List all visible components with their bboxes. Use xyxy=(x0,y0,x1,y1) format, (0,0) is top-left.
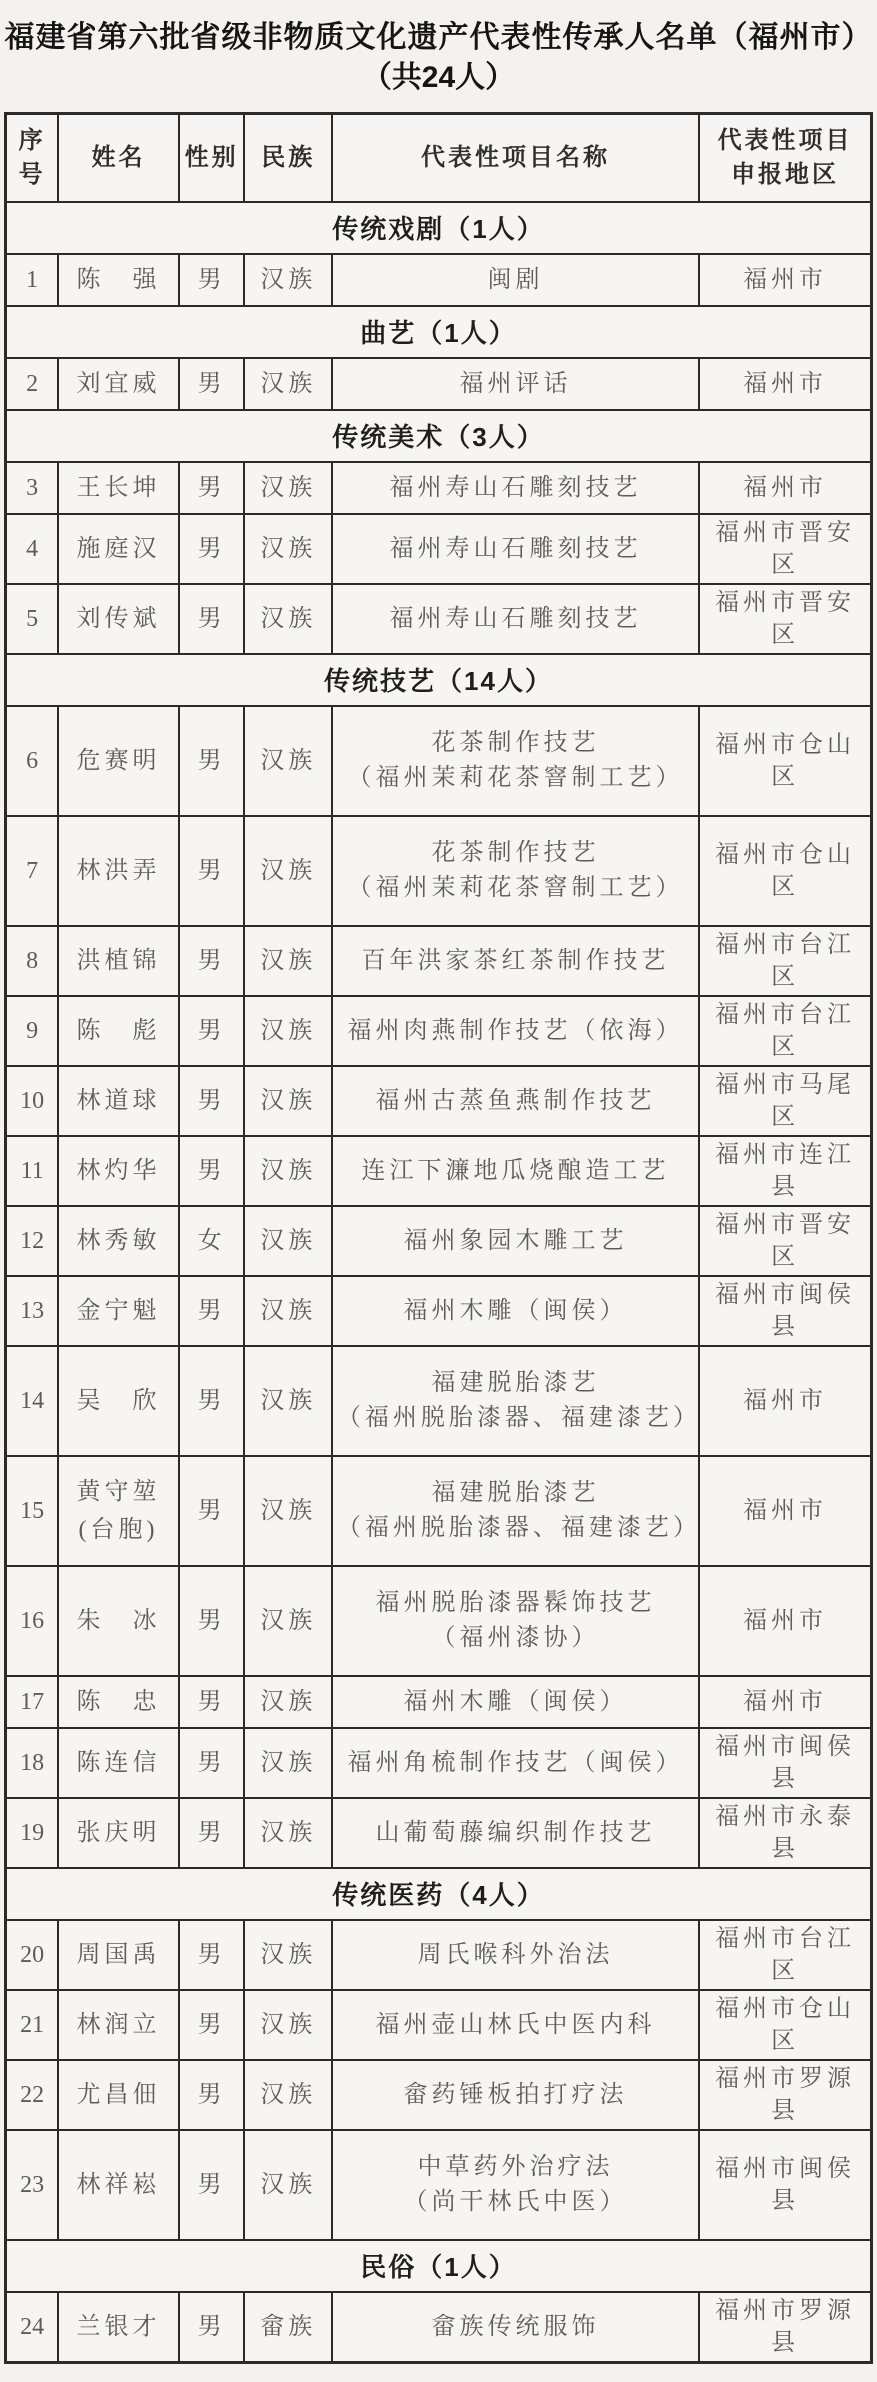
cell-project: 福州木雕（闽侯） xyxy=(332,1676,699,1728)
section-row: 传统技艺（14人） xyxy=(6,654,872,706)
cell-name: 尤昌佃 xyxy=(58,2060,178,2130)
cell-region: 福州市马尾区 xyxy=(699,1066,871,1136)
table-row: 4施庭汉男汉族福州寿山石雕刻技艺福州市晋安区 xyxy=(6,514,872,584)
cell-gender: 男 xyxy=(179,462,245,514)
cell-region: 福州市仓山区 xyxy=(699,1990,871,2060)
cell-ethnic: 汉族 xyxy=(244,1346,331,1456)
cell-ethnic: 汉族 xyxy=(244,514,331,584)
cell-ethnic: 汉族 xyxy=(244,1676,331,1728)
section-row: 传统医药（4人） xyxy=(6,1868,872,1920)
cell-ethnic: 汉族 xyxy=(244,1206,331,1276)
cell-gender: 男 xyxy=(179,2060,245,2130)
page-title: 福建省第六批省级非物质文化遗产代表性传承人名单（福州市） （共24人） xyxy=(4,18,873,98)
cell-no: 12 xyxy=(6,1206,59,1276)
cell-project: 福州壶山林氏中医内科 xyxy=(332,1990,699,2060)
cell-gender: 男 xyxy=(179,1798,245,1868)
cell-gender: 男 xyxy=(179,1676,245,1728)
cell-gender: 男 xyxy=(179,1566,245,1676)
table-row: 24兰银才男畲族畲族传统服饰福州市罗源县 xyxy=(6,2292,872,2363)
table-row: 16朱 冰男汉族福州脱胎漆器髹饰技艺（福州漆协）福州市 xyxy=(6,1566,872,1676)
cell-project: 福州象园木雕工艺 xyxy=(332,1206,699,1276)
cell-ethnic: 汉族 xyxy=(244,706,331,816)
cell-no: 5 xyxy=(6,584,59,654)
cell-region: 福州市 xyxy=(699,1456,871,1566)
cell-ethnic: 汉族 xyxy=(244,1798,331,1868)
table-row: 13金宁魁男汉族福州木雕（闽侯）福州市闽侯县 xyxy=(6,1276,872,1346)
cell-name: 林润立 xyxy=(58,1990,178,2060)
cell-project: 福州肉燕制作技艺（依海） xyxy=(332,996,699,1066)
cell-ethnic: 汉族 xyxy=(244,584,331,654)
cell-gender: 男 xyxy=(179,1346,245,1456)
cell-project: 连江下濂地瓜烧酿造工艺 xyxy=(332,1136,699,1206)
cell-project: 福建脱胎漆艺（福州脱胎漆器、福建漆艺） xyxy=(332,1346,699,1456)
cell-name: 金宁魁 xyxy=(58,1276,178,1346)
table-row: 18陈连信男汉族福州角梳制作技艺（闽侯）福州市闽侯县 xyxy=(6,1728,872,1798)
cell-project: 福州古蒸鱼燕制作技艺 xyxy=(332,1066,699,1136)
cell-region: 福州市闽侯县 xyxy=(699,2130,871,2240)
cell-name: 陈 忠 xyxy=(58,1676,178,1728)
table-row: 12林秀敏女汉族福州象园木雕工艺福州市晋安区 xyxy=(6,1206,872,1276)
table-row: 2刘宜威男汉族福州评话福州市 xyxy=(6,358,872,410)
page-title-line2: （共24人） xyxy=(4,58,873,98)
cell-name: 张庆明 xyxy=(58,1798,178,1868)
table-row: 8洪植锦男汉族百年洪家茶红茶制作技艺福州市台江区 xyxy=(6,926,872,996)
cell-no: 1 xyxy=(6,254,59,306)
cell-name: 林洪弄 xyxy=(58,816,178,926)
cell-gender: 男 xyxy=(179,1066,245,1136)
cell-name: 林秀敏 xyxy=(58,1206,178,1276)
cell-region: 福州市罗源县 xyxy=(699,2292,871,2363)
cell-gender: 女 xyxy=(179,1206,245,1276)
cell-project: 福州寿山石雕刻技艺 xyxy=(332,584,699,654)
cell-no: 10 xyxy=(6,1066,59,1136)
cell-name: 林祥崧 xyxy=(58,2130,178,2240)
cell-ethnic: 汉族 xyxy=(244,1136,331,1206)
cell-no: 24 xyxy=(6,2292,59,2363)
cell-project: 花茶制作技艺（福州茉莉花茶窨制工艺） xyxy=(332,816,699,926)
cell-no: 11 xyxy=(6,1136,59,1206)
cell-no: 21 xyxy=(6,1990,59,2060)
table-row: 14吴 欣男汉族福建脱胎漆艺（福州脱胎漆器、福建漆艺）福州市 xyxy=(6,1346,872,1456)
cell-name: 刘宜威 xyxy=(58,358,178,410)
cell-gender: 男 xyxy=(179,2292,245,2363)
cell-no: 4 xyxy=(6,514,59,584)
cell-ethnic: 汉族 xyxy=(244,926,331,996)
cell-no: 3 xyxy=(6,462,59,514)
section-row: 民俗（1人） xyxy=(6,2240,872,2292)
cell-gender: 男 xyxy=(179,1136,245,1206)
cell-project: 福州寿山石雕刻技艺 xyxy=(332,514,699,584)
cell-no: 9 xyxy=(6,996,59,1066)
cell-no: 15 xyxy=(6,1456,59,1566)
table-row: 23林祥崧男汉族中草药外治疗法（尚干林氏中医）福州市闽侯县 xyxy=(6,2130,872,2240)
cell-project: 花茶制作技艺（福州茉莉花茶窨制工艺） xyxy=(332,706,699,816)
cell-name: 危赛明 xyxy=(58,706,178,816)
cell-name: 陈连信 xyxy=(58,1728,178,1798)
column-header-ethnic: 民族 xyxy=(244,114,331,202)
cell-ethnic: 汉族 xyxy=(244,1728,331,1798)
cell-ethnic: 汉族 xyxy=(244,1920,331,1990)
cell-gender: 男 xyxy=(179,1728,245,1798)
section-header: 传统医药（4人） xyxy=(6,1868,872,1920)
cell-ethnic: 汉族 xyxy=(244,462,331,514)
cell-region: 福州市晋安区 xyxy=(699,514,871,584)
cell-project: 中草药外治疗法（尚干林氏中医） xyxy=(332,2130,699,2240)
table-row: 3王长坤男汉族福州寿山石雕刻技艺福州市 xyxy=(6,462,872,514)
page-title-line1: 福建省第六批省级非物质文化遗产代表性传承人名单（福州市） xyxy=(4,18,873,58)
column-header-project: 代表性项目名称 xyxy=(332,114,699,202)
cell-ethnic: 汉族 xyxy=(244,1566,331,1676)
cell-project: 百年洪家茶红茶制作技艺 xyxy=(332,926,699,996)
cell-region: 福州市晋安区 xyxy=(699,584,871,654)
section-row: 曲艺（1人） xyxy=(6,306,872,358)
cell-name: 林道球 xyxy=(58,1066,178,1136)
cell-name: 洪植锦 xyxy=(58,926,178,996)
column-header-region: 代表性项目 申报地区 xyxy=(699,114,871,202)
cell-name: 黄守堃(台胞) xyxy=(58,1456,178,1566)
cell-region: 福州市仓山区 xyxy=(699,816,871,926)
cell-gender: 男 xyxy=(179,514,245,584)
cell-gender: 男 xyxy=(179,1920,245,1990)
cell-no: 8 xyxy=(6,926,59,996)
table-row: 20周国禹男汉族周氏喉科外治法福州市台江区 xyxy=(6,1920,872,1990)
cell-gender: 男 xyxy=(179,584,245,654)
inheritors-table-body: 传统戏剧（1人）1陈 强男汉族闽剧福州市曲艺（1人）2刘宜威男汉族福州评话福州市… xyxy=(6,202,872,2363)
cell-gender: 男 xyxy=(179,816,245,926)
cell-region: 福州市 xyxy=(699,462,871,514)
inheritors-table: 序号 姓名 性别 民族 代表性项目名称 代表性项目 申报地区 传统戏剧（1人）1… xyxy=(4,112,873,2364)
cell-gender: 男 xyxy=(179,706,245,816)
cell-name: 陈 彪 xyxy=(58,996,178,1066)
cell-project: 畲药锤板拍打疗法 xyxy=(332,2060,699,2130)
cell-no: 18 xyxy=(6,1728,59,1798)
table-row: 9陈 彪男汉族福州肉燕制作技艺（依海）福州市台江区 xyxy=(6,996,872,1066)
cell-project: 畲族传统服饰 xyxy=(332,2292,699,2363)
table-row: 7林洪弄男汉族花茶制作技艺（福州茉莉花茶窨制工艺）福州市仓山区 xyxy=(6,816,872,926)
cell-region: 福州市 xyxy=(699,358,871,410)
cell-region: 福州市 xyxy=(699,1346,871,1456)
cell-ethnic: 汉族 xyxy=(244,1066,331,1136)
cell-region: 福州市仓山区 xyxy=(699,706,871,816)
cell-no: 19 xyxy=(6,1798,59,1868)
cell-no: 16 xyxy=(6,1566,59,1676)
cell-no: 6 xyxy=(6,706,59,816)
cell-gender: 男 xyxy=(179,358,245,410)
table-row: 1陈 强男汉族闽剧福州市 xyxy=(6,254,872,306)
cell-region: 福州市晋安区 xyxy=(699,1206,871,1276)
cell-project: 周氏喉科外治法 xyxy=(332,1920,699,1990)
cell-name: 施庭汉 xyxy=(58,514,178,584)
cell-no: 22 xyxy=(6,2060,59,2130)
cell-ethnic: 汉族 xyxy=(244,1456,331,1566)
cell-region: 福州市闽侯县 xyxy=(699,1728,871,1798)
cell-name: 周国禹 xyxy=(58,1920,178,1990)
table-row: 15黄守堃(台胞)男汉族福建脱胎漆艺（福州脱胎漆器、福建漆艺）福州市 xyxy=(6,1456,872,1566)
cell-project: 福州角梳制作技艺（闽侯） xyxy=(332,1728,699,1798)
cell-gender: 男 xyxy=(179,1990,245,2060)
cell-ethnic: 汉族 xyxy=(244,1990,331,2060)
cell-ethnic: 畲族 xyxy=(244,2292,331,2363)
section-header: 传统技艺（14人） xyxy=(6,654,872,706)
table-header-row: 序号 姓名 性别 民族 代表性项目名称 代表性项目 申报地区 xyxy=(6,114,872,202)
cell-region: 福州市永泰县 xyxy=(699,1798,871,1868)
cell-ethnic: 汉族 xyxy=(244,2130,331,2240)
cell-region: 福州市 xyxy=(699,1566,871,1676)
table-row: 19张庆明男汉族山葡萄藤编织制作技艺福州市永泰县 xyxy=(6,1798,872,1868)
cell-region: 福州市罗源县 xyxy=(699,2060,871,2130)
table-row: 17陈 忠男汉族福州木雕（闽侯）福州市 xyxy=(6,1676,872,1728)
cell-region: 福州市台江区 xyxy=(699,996,871,1066)
section-header: 民俗（1人） xyxy=(6,2240,872,2292)
cell-region: 福州市台江区 xyxy=(699,926,871,996)
cell-no: 13 xyxy=(6,1276,59,1346)
section-header: 传统美术（3人） xyxy=(6,410,872,462)
cell-ethnic: 汉族 xyxy=(244,254,331,306)
cell-no: 7 xyxy=(6,816,59,926)
cell-name: 吴 欣 xyxy=(58,1346,178,1456)
section-row: 传统戏剧（1人） xyxy=(6,202,872,254)
cell-ethnic: 汉族 xyxy=(244,816,331,926)
column-header-name: 姓名 xyxy=(58,114,178,202)
cell-gender: 男 xyxy=(179,1276,245,1346)
cell-name: 刘传斌 xyxy=(58,584,178,654)
cell-gender: 男 xyxy=(179,2130,245,2240)
table-row: 10林道球男汉族福州古蒸鱼燕制作技艺福州市马尾区 xyxy=(6,1066,872,1136)
cell-gender: 男 xyxy=(179,1456,245,1566)
cell-region: 福州市闽侯县 xyxy=(699,1276,871,1346)
cell-region: 福州市 xyxy=(699,254,871,306)
cell-project: 福州脱胎漆器髹饰技艺（福州漆协） xyxy=(332,1566,699,1676)
column-header-no: 序号 xyxy=(6,114,59,202)
table-row: 22尤昌佃男汉族畲药锤板拍打疗法福州市罗源县 xyxy=(6,2060,872,2130)
section-header: 曲艺（1人） xyxy=(6,306,872,358)
cell-name: 朱 冰 xyxy=(58,1566,178,1676)
cell-region: 福州市台江区 xyxy=(699,1920,871,1990)
cell-no: 2 xyxy=(6,358,59,410)
cell-region: 福州市连江县 xyxy=(699,1136,871,1206)
section-header: 传统戏剧（1人） xyxy=(6,202,872,254)
cell-no: 14 xyxy=(6,1346,59,1456)
table-row: 21林润立男汉族福州壶山林氏中医内科福州市仓山区 xyxy=(6,1990,872,2060)
section-row: 传统美术（3人） xyxy=(6,410,872,462)
table-row: 11林灼华男汉族连江下濂地瓜烧酿造工艺福州市连江县 xyxy=(6,1136,872,1206)
cell-name: 兰银才 xyxy=(58,2292,178,2363)
table-row: 6危赛明男汉族花茶制作技艺（福州茉莉花茶窨制工艺）福州市仓山区 xyxy=(6,706,872,816)
cell-project: 福建脱胎漆艺（福州脱胎漆器、福建漆艺） xyxy=(332,1456,699,1566)
cell-project: 山葡萄藤编织制作技艺 xyxy=(332,1798,699,1868)
cell-name: 王长坤 xyxy=(58,462,178,514)
cell-no: 23 xyxy=(6,2130,59,2240)
cell-gender: 男 xyxy=(179,996,245,1066)
cell-ethnic: 汉族 xyxy=(244,2060,331,2130)
cell-project: 福州寿山石雕刻技艺 xyxy=(332,462,699,514)
cell-name: 林灼华 xyxy=(58,1136,178,1206)
cell-region: 福州市 xyxy=(699,1676,871,1728)
cell-gender: 男 xyxy=(179,254,245,306)
cell-project: 福州木雕（闽侯） xyxy=(332,1276,699,1346)
cell-ethnic: 汉族 xyxy=(244,996,331,1066)
table-row: 5刘传斌男汉族福州寿山石雕刻技艺福州市晋安区 xyxy=(6,584,872,654)
cell-ethnic: 汉族 xyxy=(244,1276,331,1346)
cell-no: 17 xyxy=(6,1676,59,1728)
cell-gender: 男 xyxy=(179,926,245,996)
cell-no: 20 xyxy=(6,1920,59,1990)
cell-name: 陈 强 xyxy=(58,254,178,306)
document-page: 福建省第六批省级非物质文化遗产代表性传承人名单（福州市） （共24人） 序号 姓… xyxy=(0,0,877,2382)
column-header-gender: 性别 xyxy=(179,114,245,202)
cell-project: 福州评话 xyxy=(332,358,699,410)
cell-ethnic: 汉族 xyxy=(244,358,331,410)
cell-project: 闽剧 xyxy=(332,254,699,306)
